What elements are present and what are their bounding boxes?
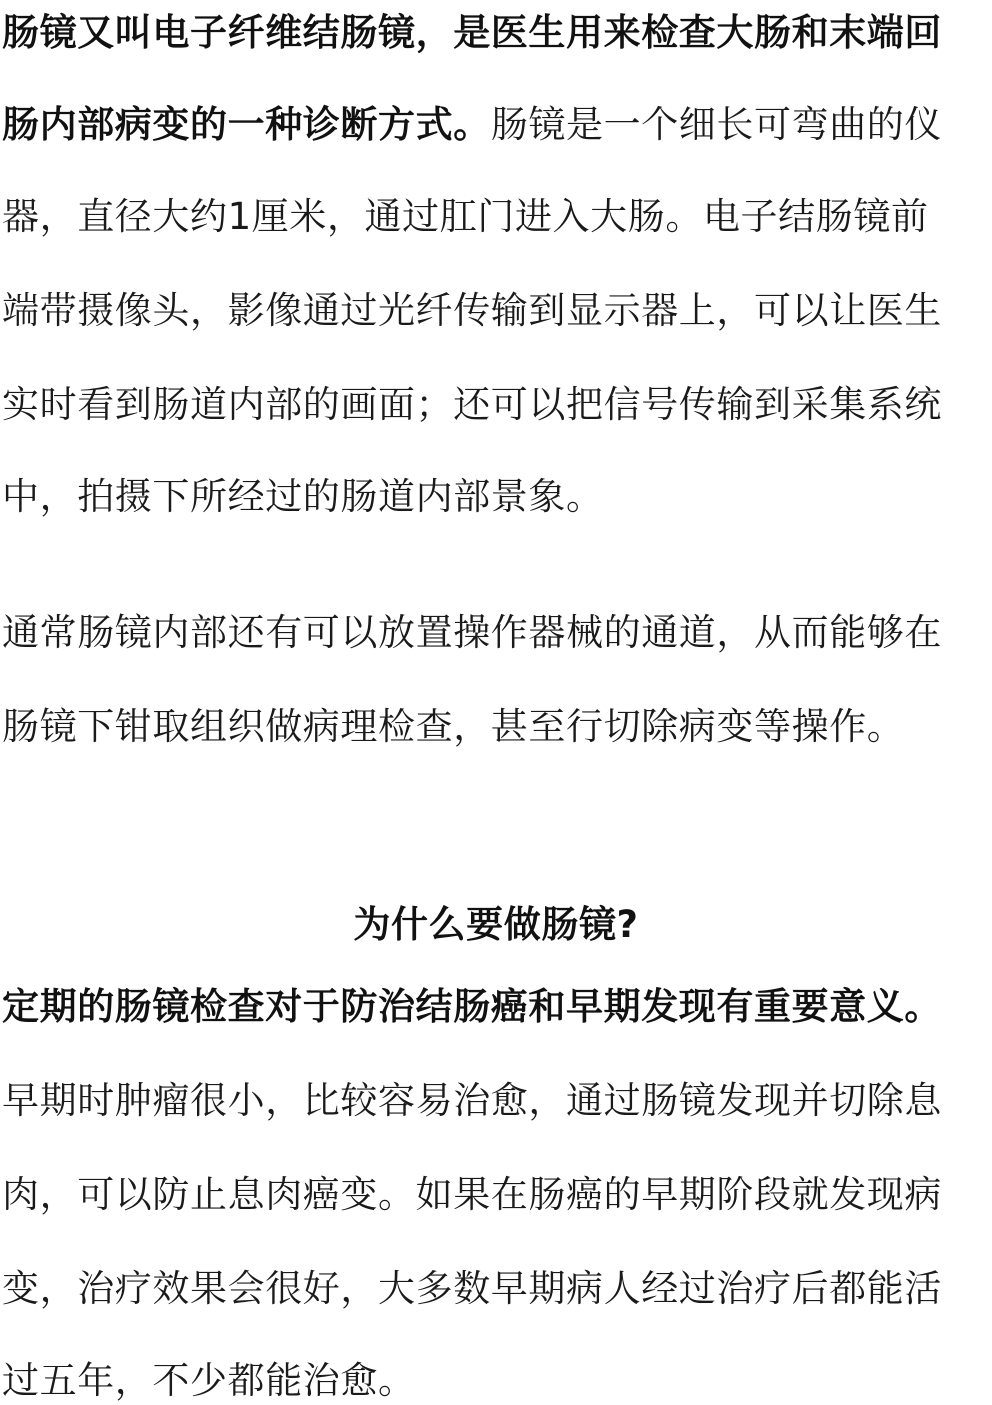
body-text: 实时看到肠道内部的画面；还可以把信号传输到采集系统 (2, 383, 942, 426)
text-line: 实时看到肠道内部的画面；还可以把信号传输到采集系统 (2, 380, 942, 430)
text-line: 肉，可以防止息肉癌变。如果在肠癌的早期阶段就发现病 (2, 1170, 942, 1220)
text-line: 端带摄像头，影像通过光纤传输到显示器上，可以让医生 (2, 286, 942, 336)
body-text: 肠镜是一个细长可弯曲的仪 (491, 103, 942, 146)
bold-text: 肠内部病变的一种诊断方式。 (2, 103, 491, 146)
text-line: 肠镜又叫电子纤维结肠镜，是医生用来检查大肠和末端回 (2, 8, 942, 58)
body-text: 器，直径大约1厘米，通过肛门进入大肠。电子结肠镜前 (2, 195, 929, 238)
text-line: 肠内部病变的一种诊断方式。肠镜是一个细长可弯曲的仪 (2, 100, 942, 150)
body-text: 中，拍摄下所经过的肠道内部景象。 (2, 475, 604, 518)
text-line: 器，直径大约1厘米，通过肛门进入大肠。电子结肠镜前 (2, 192, 929, 242)
text-line: 肠镜下钳取组织做病理检查，甚至行切除病变等操作。 (2, 702, 904, 752)
text-line: 早期时肿瘤很小，比较容易治愈，通过肠镜发现并切除息 (2, 1076, 942, 1126)
text-line: 通常肠镜内部还有可以放置操作器械的通道，从而能够在 (2, 608, 942, 658)
text-line: 中，拍摄下所经过的肠道内部景象。 (2, 472, 604, 522)
text-line: 过五年，不少都能治愈。 (2, 1356, 416, 1405)
section-heading: 为什么要做肠镜? (0, 900, 992, 950)
text-line: 变，治疗效果会很好，大多数早期病人经过治疗后都能活 (2, 1264, 942, 1314)
bold-text: 肠镜又叫电子纤维结肠镜，是医生用来检查大肠和末端回 (2, 11, 942, 54)
section-lead: 定期的肠镜检查对于防治结肠癌和早期发现有重要意义。 (2, 982, 942, 1032)
body-text: 端带摄像头，影像通过光纤传输到显示器上，可以让医生 (2, 289, 942, 332)
